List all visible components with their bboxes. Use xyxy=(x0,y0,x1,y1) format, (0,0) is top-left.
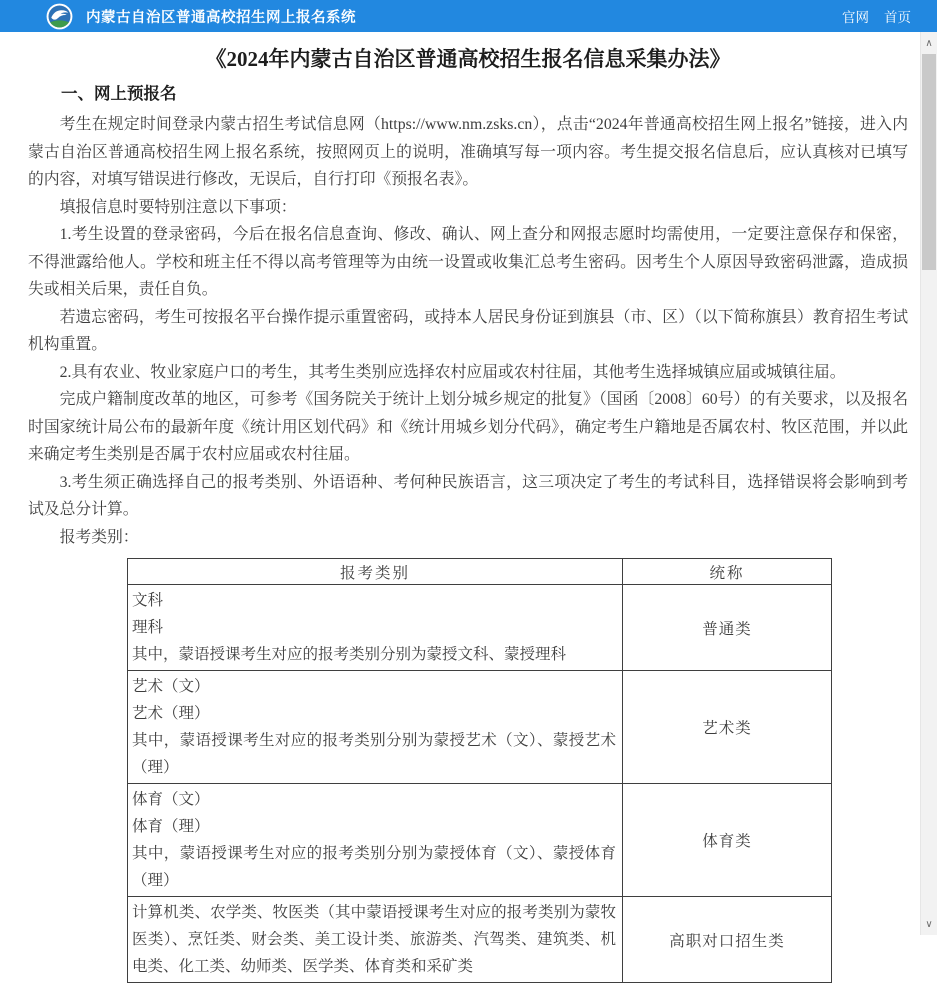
exam-category-table: 报考类别 统称 文科 理科 其中，蒙语授课考生对应的报考类别分别为蒙授文科、蒙授… xyxy=(127,558,832,935)
table-header-row: 报考类别 统称 xyxy=(128,559,832,585)
site-header: 内蒙古自治区普通高校招生网上报名系统 官网 首页 xyxy=(0,0,937,32)
category-line: 理科 xyxy=(132,614,616,641)
category-line: 其中，蒙语授课考生对应的报考类别分别为蒙授文科、蒙授理科 xyxy=(132,641,616,668)
home-link[interactable]: 首页 xyxy=(884,6,911,26)
category-line: 艺术（理） xyxy=(132,700,616,727)
category-cell: 艺术（文） 艺术（理） 其中，蒙语授课考生对应的报考类别分别为蒙授艺术（文）、蒙… xyxy=(128,671,623,784)
category-line: 其中，蒙语授课考生对应的报考类别分别为蒙授艺术（文）、蒙授艺术（理） xyxy=(132,727,616,781)
table-row: 文科 理科 其中，蒙语授课考生对应的报考类别分别为蒙授文科、蒙授理科 普通类 xyxy=(128,585,832,671)
category-line: 文科 xyxy=(132,587,616,614)
paragraph: 考生在规定时间登录内蒙古招生考试信息网（https://www.nm.zsks.… xyxy=(28,111,908,194)
section-heading: 一、网上预报名 xyxy=(28,82,908,106)
scrollbar-thumb[interactable] xyxy=(922,54,936,270)
scroll-down-arrow-icon[interactable]: ∨ xyxy=(921,916,937,933)
scroll-up-arrow-icon[interactable]: ∧ xyxy=(921,35,937,52)
column-header-category: 报考类别 xyxy=(128,559,623,585)
vertical-scrollbar[interactable]: ∧ ∨ xyxy=(920,32,937,935)
unified-name-cell: 体育类 xyxy=(623,784,832,897)
table-row: 艺术（文） 艺术（理） 其中，蒙语授课考生对应的报考类别分别为蒙授艺术（文）、蒙… xyxy=(128,671,832,784)
paragraph: 若遗忘密码，考生可按报名平台操作提示重置密码，或持本人居民身份证到旗县（市、区）… xyxy=(28,304,908,359)
table-row: 计算机类、农学类、牧医类（其中蒙语授课考生对应的报考类别为蒙牧医类）、烹饪类、财… xyxy=(128,897,832,936)
category-cell: 体育（文） 体育（理） 其中，蒙语授课考生对应的报考类别分别为蒙授体育（文）、蒙… xyxy=(128,784,623,897)
category-cell: 文科 理科 其中，蒙语授课考生对应的报考类别分别为蒙授文科、蒙授理科 xyxy=(128,585,623,671)
paragraph: 2.具有农业、牧业家庭户口的考生，其考生类别应选择农村应届或农村往届，其他考生选… xyxy=(28,359,908,387)
paragraph: 填报信息时要特别注意以下事项： xyxy=(28,194,908,222)
unified-name-cell: 艺术类 xyxy=(623,671,832,784)
site-title: 内蒙古自治区普通高校招生网上报名系统 xyxy=(86,6,356,27)
category-line: 艺术（文） xyxy=(132,673,616,700)
paragraph: 3.考生须正确选择自己的报考类别、外语语种、考何种民族语言，这三项决定了考生的考… xyxy=(28,469,908,524)
official-site-link[interactable]: 官网 xyxy=(842,6,869,26)
column-header-unified: 统称 xyxy=(623,559,832,585)
category-line: 计算机类、农学类、牧医类（其中蒙语授课考生对应的报考类别为蒙牧医类）、烹饪类、财… xyxy=(132,899,616,935)
unified-name-cell: 普通类 xyxy=(623,585,832,671)
paragraph: 报考类别： xyxy=(28,524,908,552)
unified-name-cell: 高职对口招生类 xyxy=(623,897,832,936)
document-content: 《2024年内蒙古自治区普通高校招生报名信息采集办法》 一、网上预报名 考生在规… xyxy=(0,32,920,935)
document-title: 《2024年内蒙古自治区普通高校招生报名信息采集办法》 xyxy=(28,45,908,73)
category-line: 体育（理） xyxy=(132,813,616,840)
header-links: 官网 首页 xyxy=(842,6,911,26)
paragraph: 1.考生设置的登录密码，今后在报名信息查询、修改、确认、网上查分和网报志愿时均需… xyxy=(28,221,908,304)
category-cell: 计算机类、农学类、牧医类（其中蒙语授课考生对应的报考类别为蒙牧医类）、烹饪类、财… xyxy=(128,897,623,936)
category-line: 体育（文） xyxy=(132,786,616,813)
category-line: 其中，蒙语授课考生对应的报考类别分别为蒙授体育（文）、蒙授体育（理） xyxy=(132,840,616,894)
paragraph: 完成户籍制度改革的地区，可参考《国务院关于统计上划分城乡规定的批复》（国函〔20… xyxy=(28,386,908,469)
site-emblem-logo-icon[interactable] xyxy=(46,3,73,30)
table-row: 体育（文） 体育（理） 其中，蒙语授课考生对应的报考类别分别为蒙授体育（文）、蒙… xyxy=(128,784,832,897)
